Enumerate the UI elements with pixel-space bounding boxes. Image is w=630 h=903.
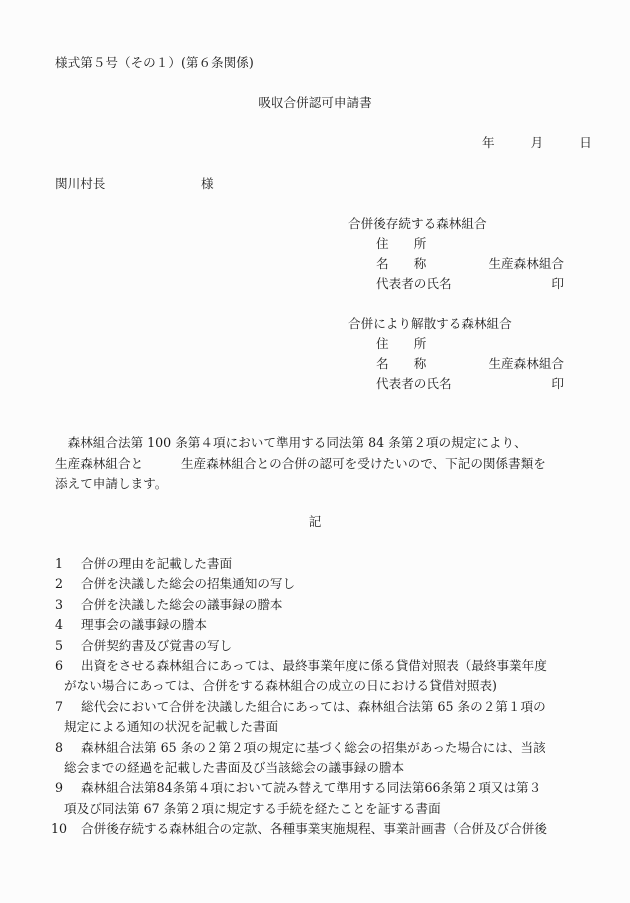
item-text-continued: 規定による通知の状況を記載した書面: [64, 717, 585, 737]
item-text: 出資をさせる森林組合にあっては、最終事業年度に係る貸借対照表（最終事業年度: [81, 656, 585, 676]
name-value: 生産森林組合: [488, 356, 564, 372]
item-text: 総代会において合併を決議した組合にあっては、森林組合法第 65 条の２第１項の: [81, 697, 585, 717]
form-number: 様式第５号（その１）(第６条関係): [55, 55, 254, 71]
address-label: 住 所: [376, 236, 426, 252]
item-number: 3: [55, 595, 73, 615]
item-text: 合併の理由を記載した書面: [81, 554, 585, 574]
body-line: 添えて申請します。: [55, 474, 577, 495]
dissolving-org-heading: 合併により解散する森林組合: [348, 316, 512, 332]
item-text: 森林組合法第84条第４項において読み替えて準用する同法第66条第２項又は第３: [81, 778, 585, 798]
list-item: 7 総代会において合併を決議した組合にあっては、森林組合法第 65 条の２第１項…: [55, 697, 585, 738]
item-number: 7: [55, 697, 73, 717]
seal-mark: 印: [551, 276, 564, 292]
name-value: 生産森林組合: [488, 256, 564, 272]
body-line: 生産森林組合と 生産森林組合との合併の認可を受けたいので、下記の関係書類を: [55, 454, 577, 475]
item-text: 合併契約書及び覚書の写し: [81, 636, 585, 656]
date-year: 年: [482, 135, 495, 151]
body-line: 森林組合法第 100 条第４項において準用する同法第 84 条第２項の規定により…: [55, 433, 577, 454]
item-number: 4: [55, 615, 73, 635]
list-item: 2 合併を決議した総会の招集通知の写し: [55, 574, 585, 594]
addressee-name: 関川村長: [55, 176, 105, 191]
list-item: 9 森林組合法第84条第４項において読み替えて準用する同法第66条第２項又は第３…: [55, 778, 585, 819]
seal-mark: 印: [551, 376, 564, 392]
item-text-continued: 項及び同法第 67 条第２項に規定する手続を経たことを証する書面: [64, 799, 585, 819]
representative-label: 代表者の氏名: [376, 376, 452, 392]
item-text-continued: がない場合にあっては、合併をする森林組合の成立の日における貸借対照表): [64, 676, 585, 696]
item-text: 合併を決議した総会の招集通知の写し: [81, 574, 585, 594]
item-text: 合併後存続する森林組合の定款、各種事業実施規程、事業計画書（合併及び合併後: [81, 819, 585, 839]
item-number: 1: [55, 554, 73, 574]
item-text: 合併を決議した総会の議事録の謄本: [81, 595, 585, 615]
item-text: 森林組合法第 65 条の２第２項の規定に基づく総会の招集があった場合には、当該: [81, 738, 585, 758]
list-item: 1 合併の理由を記載した書面: [55, 554, 585, 574]
addressee: 関川村長 様: [55, 176, 105, 192]
list-item: 4 理事会の議事録の謄本: [55, 615, 585, 635]
name-label: 名 称: [376, 256, 426, 272]
document-title: 吸収合併認可申請書: [0, 95, 630, 111]
date-day: 日: [579, 135, 592, 151]
name-label: 名 称: [376, 356, 426, 372]
item-number: 8: [55, 738, 73, 758]
date-line: 年 月 日: [482, 135, 592, 151]
item-number: 5: [55, 636, 73, 656]
item-number: 6: [55, 656, 73, 676]
list-item: 10 合併後存続する森林組合の定款、各種事業実施規程、事業計画書（合併及び合併後: [55, 819, 585, 839]
ki-heading: 記: [0, 514, 630, 530]
item-text: 理事会の議事録の謄本: [81, 615, 585, 635]
application-body: 森林組合法第 100 条第４項において準用する同法第 84 条第２項の規定により…: [55, 433, 577, 495]
list-item: 6 出資をさせる森林組合にあっては、最終事業年度に係る貸借対照表（最終事業年度 …: [55, 656, 585, 697]
representative-label: 代表者の氏名: [376, 276, 452, 292]
date-month: 月: [531, 135, 544, 151]
document-title-text: 吸収合併認可申請書: [258, 95, 371, 111]
item-text-continued: 総会までの経過を記載した書面及び当該総会の議事録の謄本: [64, 758, 585, 778]
address-label: 住 所: [376, 336, 426, 352]
list-item: 8 森林組合法第 65 条の２第２項の規定に基づく総会の招集があった場合には、当…: [55, 738, 585, 779]
list-item: 3 合併を決議した総会の議事録の謄本: [55, 595, 585, 615]
surviving-org-heading: 合併後存続する森林組合: [348, 216, 487, 232]
item-number: 9: [55, 778, 73, 798]
item-number: 10: [51, 819, 69, 839]
item-number: 2: [55, 574, 73, 594]
addressee-honorific: 様: [201, 176, 214, 192]
attachment-list: 1 合併の理由を記載した書面 2 合併を決議した総会の招集通知の写し 3 合併を…: [55, 554, 585, 840]
list-item: 5 合併契約書及び覚書の写し: [55, 636, 585, 656]
